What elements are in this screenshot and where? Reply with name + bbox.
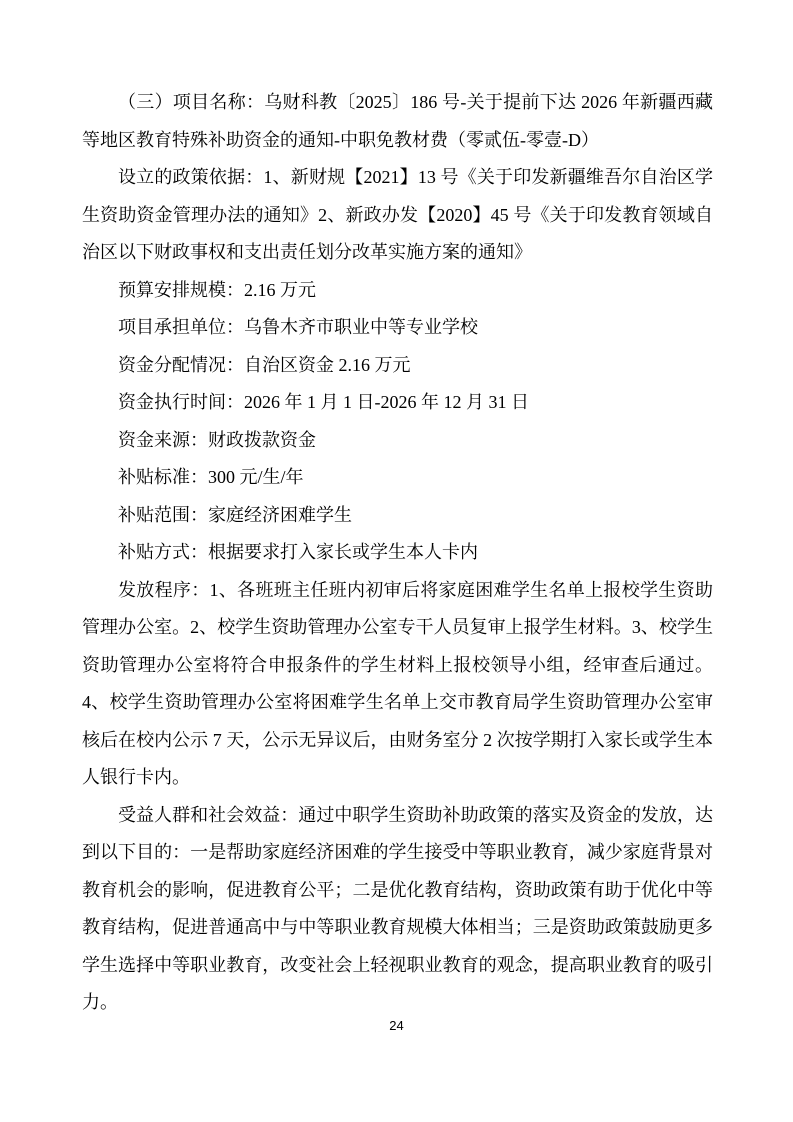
paragraph: 发放程序：1、各班班主任班内初审后将家庭困难学生名单上报校学生资助管理办公室。2… xyxy=(82,572,713,797)
page-number: 24 xyxy=(0,1018,793,1033)
paragraph: 资金分配情况：自治区资金 2.16 万元 xyxy=(82,347,713,385)
paragraph: 设立的政策依据：1、新财规【2021】13 号《关于印发新疆维吾尔自治区学生资助… xyxy=(82,159,713,272)
document-page: （三）项目名称：乌财科教〔2025〕186 号-关于提前下达 2026 年新疆西… xyxy=(0,0,793,1122)
document-body: （三）项目名称：乌财科教〔2025〕186 号-关于提前下达 2026 年新疆西… xyxy=(82,84,713,1022)
paragraph: 资金执行时间：2026 年 1 月 1 日-2026 年 12 月 31 日 xyxy=(82,384,713,422)
paragraph: 资金来源：财政拨款资金 xyxy=(82,422,713,460)
paragraph: 预算安排规模：2.16 万元 xyxy=(82,272,713,310)
paragraph: 补贴方式：根据要求打入家长或学生本人卡内 xyxy=(82,534,713,572)
paragraph: 受益人群和社会效益：通过中职学生资助补助政策的落实及资金的发放，达到以下目的：一… xyxy=(82,797,713,1022)
paragraph: （三）项目名称：乌财科教〔2025〕186 号-关于提前下达 2026 年新疆西… xyxy=(82,84,713,159)
paragraph: 项目承担单位：乌鲁木齐市职业中等专业学校 xyxy=(82,309,713,347)
paragraph: 补贴范围：家庭经济困难学生 xyxy=(82,497,713,535)
paragraph: 补贴标准：300 元/生/年 xyxy=(82,459,713,497)
